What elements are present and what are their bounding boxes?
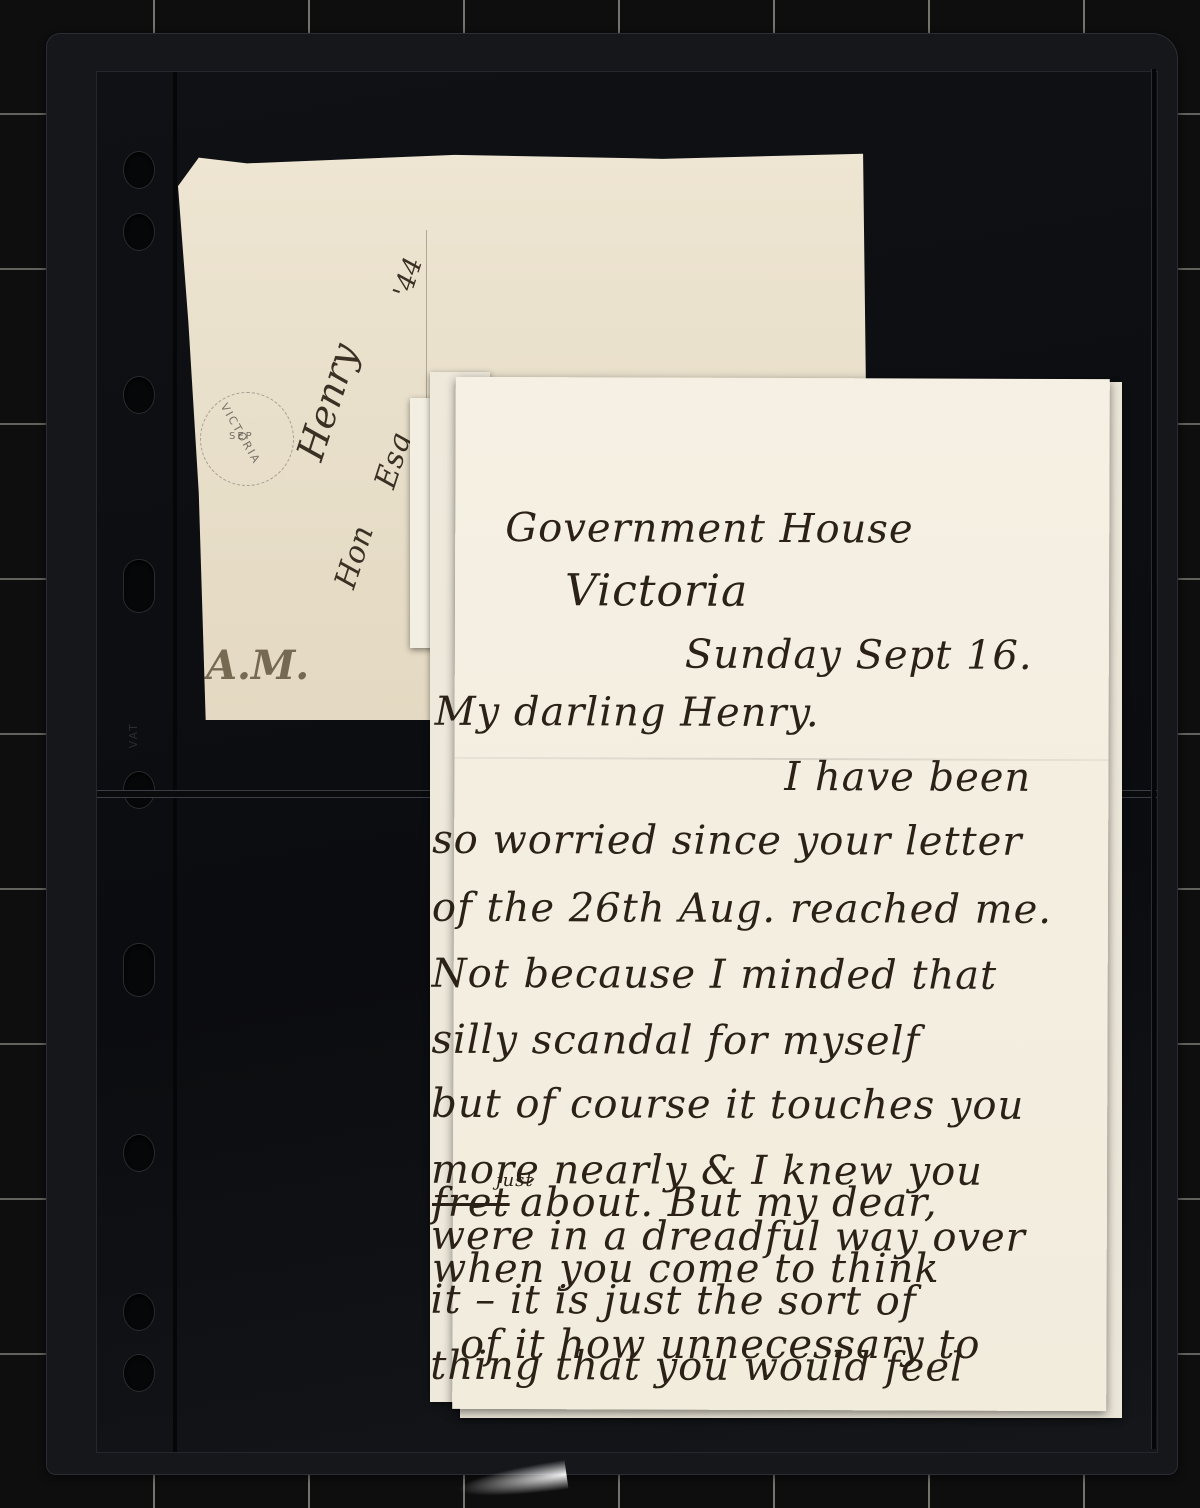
- letter-line: about. But my dear,: [520, 1180, 938, 1226]
- punch-hole: [124, 1135, 154, 1171]
- light-glare: [455, 1459, 568, 1504]
- sleeve-right-rail: [1151, 69, 1156, 1449]
- letter-line: Not because I minded that: [432, 951, 998, 999]
- letter-salutation: My darling Henry.: [435, 689, 820, 736]
- letter-line: but of course it touches you: [431, 1081, 1024, 1129]
- letter-line: of the 26th Aug. reached me.: [432, 885, 1052, 933]
- letterhead-line-1: Government House: [505, 505, 913, 552]
- postmark: VICTORIA SEP: [200, 392, 294, 486]
- letter-line: silly scandal for myself: [431, 1017, 920, 1065]
- punch-slot: [124, 944, 154, 996]
- postmark-month: SEP: [229, 431, 254, 442]
- letter-date: Sunday Sept 16.: [685, 632, 1033, 679]
- letter-line: so worried since your letter: [432, 817, 1022, 865]
- punch-hole: [124, 1294, 154, 1330]
- punch-hole: [124, 214, 154, 250]
- punch-hole: [124, 377, 154, 413]
- letterhead-line-2: Victoria: [565, 565, 748, 617]
- letter-line: I have been: [784, 754, 1031, 801]
- binder-rail: [173, 72, 177, 1452]
- envelope-address-line: Henry: [288, 338, 367, 465]
- letter-line: when you come to think: [432, 1246, 940, 1292]
- punch-hole: [124, 1355, 154, 1391]
- struck-word: fret: [432, 1180, 510, 1226]
- envelope-initials: A.M.: [206, 642, 309, 689]
- sleeve-brand-text: VAT: [127, 722, 140, 748]
- letter-line: of it how unnecessary to: [460, 1322, 981, 1368]
- binder-strip: VAT: [97, 72, 175, 1452]
- envelope-address-line: Hon: [328, 522, 381, 593]
- punch-hole: [124, 152, 154, 188]
- envelope-address-line: '44: [388, 254, 429, 302]
- punch-slot: [124, 560, 154, 612]
